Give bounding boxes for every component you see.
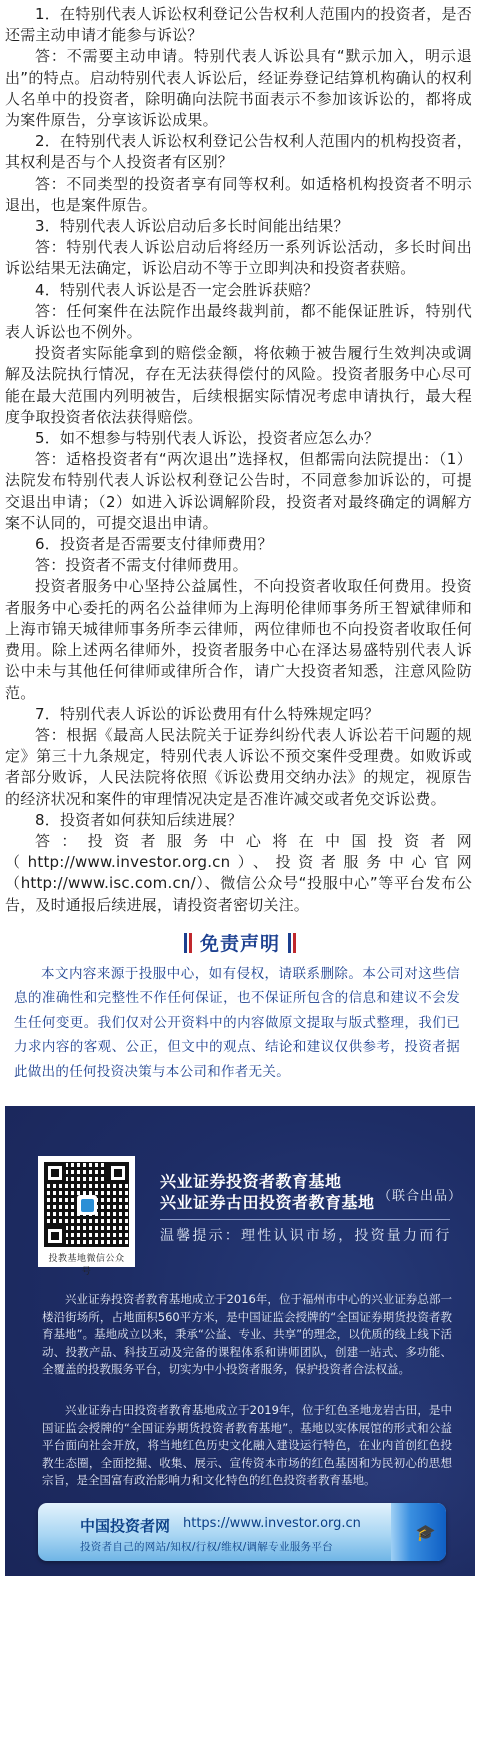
graduation-cap-logo-icon: [77, 1195, 97, 1215]
question-3: 3．特别代表人诉讼启动后多长时间能出结果？: [5, 216, 472, 237]
joint-production-label: （联合出品）: [378, 1185, 460, 1204]
book-icon: 🎓: [391, 1503, 446, 1561]
education-base-banner: 投教基地微信公众号 兴业证券投资者教育基地 兴业证券古田投资者教育基地 （联合出…: [5, 1106, 475, 1576]
brand-block: 兴业证券投资者教育基地 兴业证券古田投资者教育基地 （联合出品） 温馨提示：理性…: [160, 1171, 460, 1245]
answer-7: 答：根据《最高人民法院关于证券纠纷代表人诉讼若干问题的规定》第三十九条规定，特别…: [5, 725, 472, 810]
graduation-cap-icon: 🎓: [416, 1523, 436, 1542]
site-url[interactable]: https://www.investor.org.cn: [183, 1516, 361, 1531]
investor-site-link[interactable]: 中国投资者网 https://www.investor.org.cn 投资者自己…: [38, 1503, 446, 1561]
question-7: 7．特别代表人诉讼的诉讼费用有什么特殊规定吗？: [5, 704, 472, 725]
warm-tip: 温馨提示：理性认识市场，投资量力而行: [160, 1225, 460, 1245]
disclaimer-heading: 免责声明: [0, 930, 480, 956]
heading-bar-left-icon: [184, 933, 192, 953]
qr-caption: 投教基地微信公众号: [44, 1251, 129, 1277]
answer-8: 答：投资者服务中心将在中国投资者网（http://www.investor.or…: [5, 831, 472, 916]
disclaimer-text: 本文内容来源于投服中心，如有侵权，请联系删除。本公司对这些信息的准确性和完整性不…: [0, 956, 480, 1085]
wechat-qr-code[interactable]: 投教基地微信公众号: [38, 1156, 135, 1267]
question-4: 4．特别代表人诉讼是否一定会胜诉获赔？: [5, 280, 472, 301]
qr-code-icon: [44, 1162, 129, 1247]
article-body: 1．在特别代表人诉讼权利登记公告权利人范围内的投资者，是否还需主动申请才能参与诉…: [0, 0, 480, 916]
answer-3: 答：特别代表人诉讼启动后将经历一系列诉讼活动，多长时间出诉讼结果无法确定，诉讼启…: [5, 237, 472, 279]
site-name: 中国投资者网: [80, 1515, 170, 1536]
bottom-spacer: [0, 1576, 480, 1659]
answer-1: 答：不需要主动申请。特别代表人诉讼具有“默示加入，明示退出”的特点。启动特别代表…: [5, 46, 472, 131]
heading-bar-right-icon: [288, 933, 296, 953]
question-5: 5．如不想参与特别代表人诉讼，投资者应怎么办？: [5, 428, 472, 449]
site-slogan: 投资者自己的网站/知权/行权/维权/调解专业服务平台: [80, 1539, 333, 1554]
intro-paragraph-1: 兴业证券投资者教育基地成立于2016年，位于福州市中心的兴业证券总部一楼沿街场所…: [42, 1291, 452, 1379]
question-8: 8．投资者如何获知后续进展？: [5, 810, 472, 831]
question-6: 6．投资者是否需要支付律师费用？: [5, 534, 472, 555]
answer-6: 答：投资者不需支付律师费用。: [5, 555, 472, 576]
answer-5: 答：适格投资者有“两次退出”选择权，但都需向法院提出：（1）法院发布特别代表人诉…: [5, 449, 472, 534]
answer-4: 答：任何案件在法院作出最终裁判前，都不能保证胜诉，特别代表人诉讼也不例外。: [5, 301, 472, 343]
intro-paragraph-2: 兴业证券古田投资者教育基地成立于2019年，位于红色圣地龙岩古田，是中国证监会授…: [42, 1402, 452, 1490]
answer-4-extra: 投资者实际能拿到的赔偿金额，将依赖于被告履行生效判决或调解及法院执行情况，存在无…: [5, 343, 472, 428]
disclaimer-title: 免责声明: [200, 929, 280, 956]
answer-6-extra: 投资者服务中心坚持公益属性，不向投资者收取任何费用。投资者服务中心委托的两名公益…: [5, 576, 472, 703]
divider: [160, 1219, 450, 1220]
question-1: 1．在特别代表人诉讼权利登记公告权利人范围内的投资者，是否还需主动申请才能参与诉…: [5, 4, 472, 46]
answer-2: 答：不同类型的投资者享有同等权利。如适格机构投资者不明示退出，也是案件原告。: [5, 174, 472, 216]
question-2: 2．在特别代表人诉讼权利登记公告权利人范围内的机构投资者，其权利是否与个人投资者…: [5, 131, 472, 173]
